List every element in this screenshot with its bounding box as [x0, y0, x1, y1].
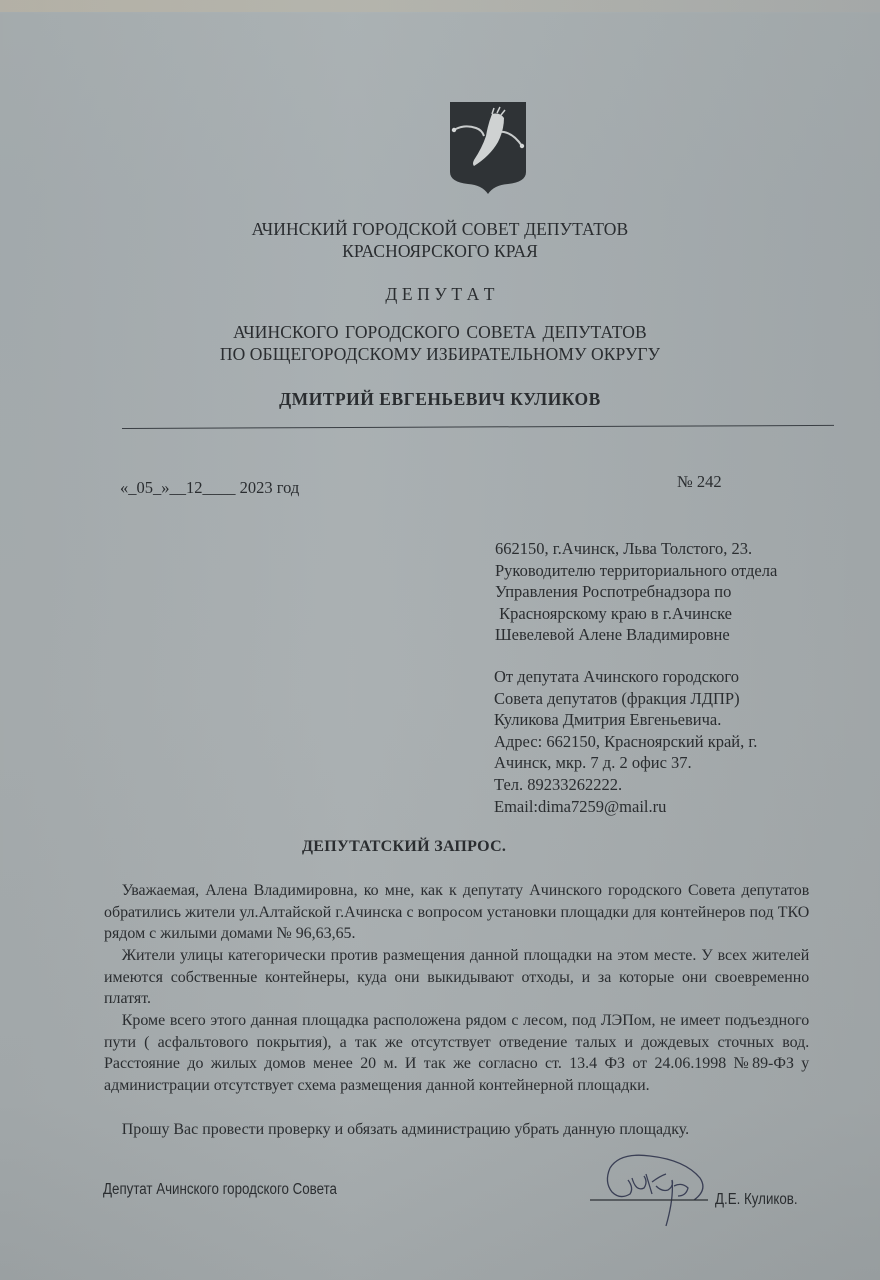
body-paragraph: Жители улицы категорически против размещ…: [104, 945, 809, 1010]
deputy-role: Д Е П У Т А Т: [0, 284, 880, 305]
coat-of-arms-icon: [448, 100, 528, 196]
handwritten-signature-icon: [590, 1148, 720, 1234]
sender-line: Тел. 89233262222.: [494, 774, 757, 796]
recipient-line: Управления Роспотребнадзора по: [495, 581, 777, 603]
council-name-line1: АЧИНСКИЙ ГОРОДСКОЙ СОВЕТ ДЕПУТАТОВ: [0, 219, 880, 240]
header-divider: [122, 425, 834, 429]
deputy-name: ДМИТРИЙ ЕВГЕНЬЕВИЧ КУЛИКОВ: [0, 389, 880, 410]
sender-line: Адрес: 662150, Красноярский край, г.: [494, 731, 757, 753]
sender-line: Ачинск, мкр. 7 д. 2 офис 37.: [494, 752, 757, 774]
body-paragraph: Уважаемая, Алена Владимировна, ко мне, к…: [104, 880, 809, 945]
sender-block: От депутата Ачинского городского Совета …: [494, 666, 757, 817]
sender-email: Email:dima7259@mail.ru: [494, 796, 757, 818]
recipient-line: 662150, г.Ачинск, Льва Толстого, 23.: [495, 538, 777, 560]
sender-line: От депутата Ачинского городского: [494, 666, 757, 688]
recipient-line: Красноярскому краю в г.Ачинске: [495, 603, 777, 625]
document-title: ДЕПУТАТСКИЙ ЗАПРОС.: [302, 838, 506, 856]
sender-line: Куликова Дмитрия Евгеньевича.: [494, 709, 757, 731]
recipient-block: 662150, г.Ачинск, Льва Толстого, 23. Рук…: [495, 538, 777, 646]
recipient-line: Руководителю территориального отдела: [495, 560, 777, 582]
signatory-position: Депутат Ачинского городского Совета: [103, 1181, 337, 1199]
document-date: «_05_»__12____ 2023 год: [120, 477, 299, 499]
document-number: № 242: [677, 471, 722, 493]
recipient-line: Шевелевой Алене Владимировне: [495, 624, 777, 646]
signatory-name: Д.Е. Куликов.: [715, 1191, 798, 1209]
council-name-line2: КРАСНОЯРСКОГО КРАЯ: [0, 241, 880, 262]
district-line1: АЧИНСКОГО ГОРОДСКОГО СОВЕТА ДЕПУТАТОВ: [0, 322, 880, 343]
body-paragraph: Прошу Вас провести проверку и обязать ад…: [104, 1119, 809, 1141]
sender-line: Совета депутатов (фракция ЛДПР): [494, 688, 757, 710]
district-line2: ПО ОБЩЕГОРОДСКОМУ ИЗБИРАТЕЛЬНОМУ ОКРУГУ: [0, 344, 880, 365]
body-paragraph: Кроме всего этого данная площадка распол…: [104, 1010, 809, 1096]
photo-top-edge: [0, 0, 880, 12]
